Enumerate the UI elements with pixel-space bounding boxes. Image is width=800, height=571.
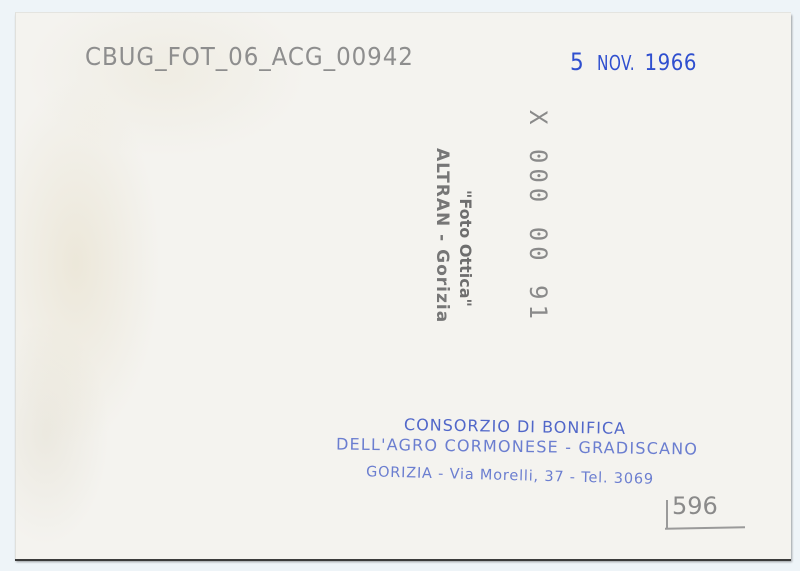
serial-number-stamp: X 000 00 91: [524, 110, 552, 324]
date-year: 1966: [645, 51, 697, 76]
studio-stamp-location: ALTRAN - Gorizia: [432, 148, 452, 323]
inventory-number-annotation: 596: [672, 492, 718, 520]
studio-stamp-name: "Foto Ottica": [456, 190, 475, 307]
consortium-stamp-line1: CONSORZIO DI BONIFICA: [404, 415, 626, 438]
date-month: NOV.: [597, 51, 635, 75]
inventory-bracket-line: [666, 500, 668, 528]
catalog-id-annotation: CBUG_FOT_06_ACG_00942: [85, 42, 414, 71]
date-stamp: 5 NOV. 1966: [570, 48, 697, 76]
date-day: 5: [570, 48, 584, 76]
